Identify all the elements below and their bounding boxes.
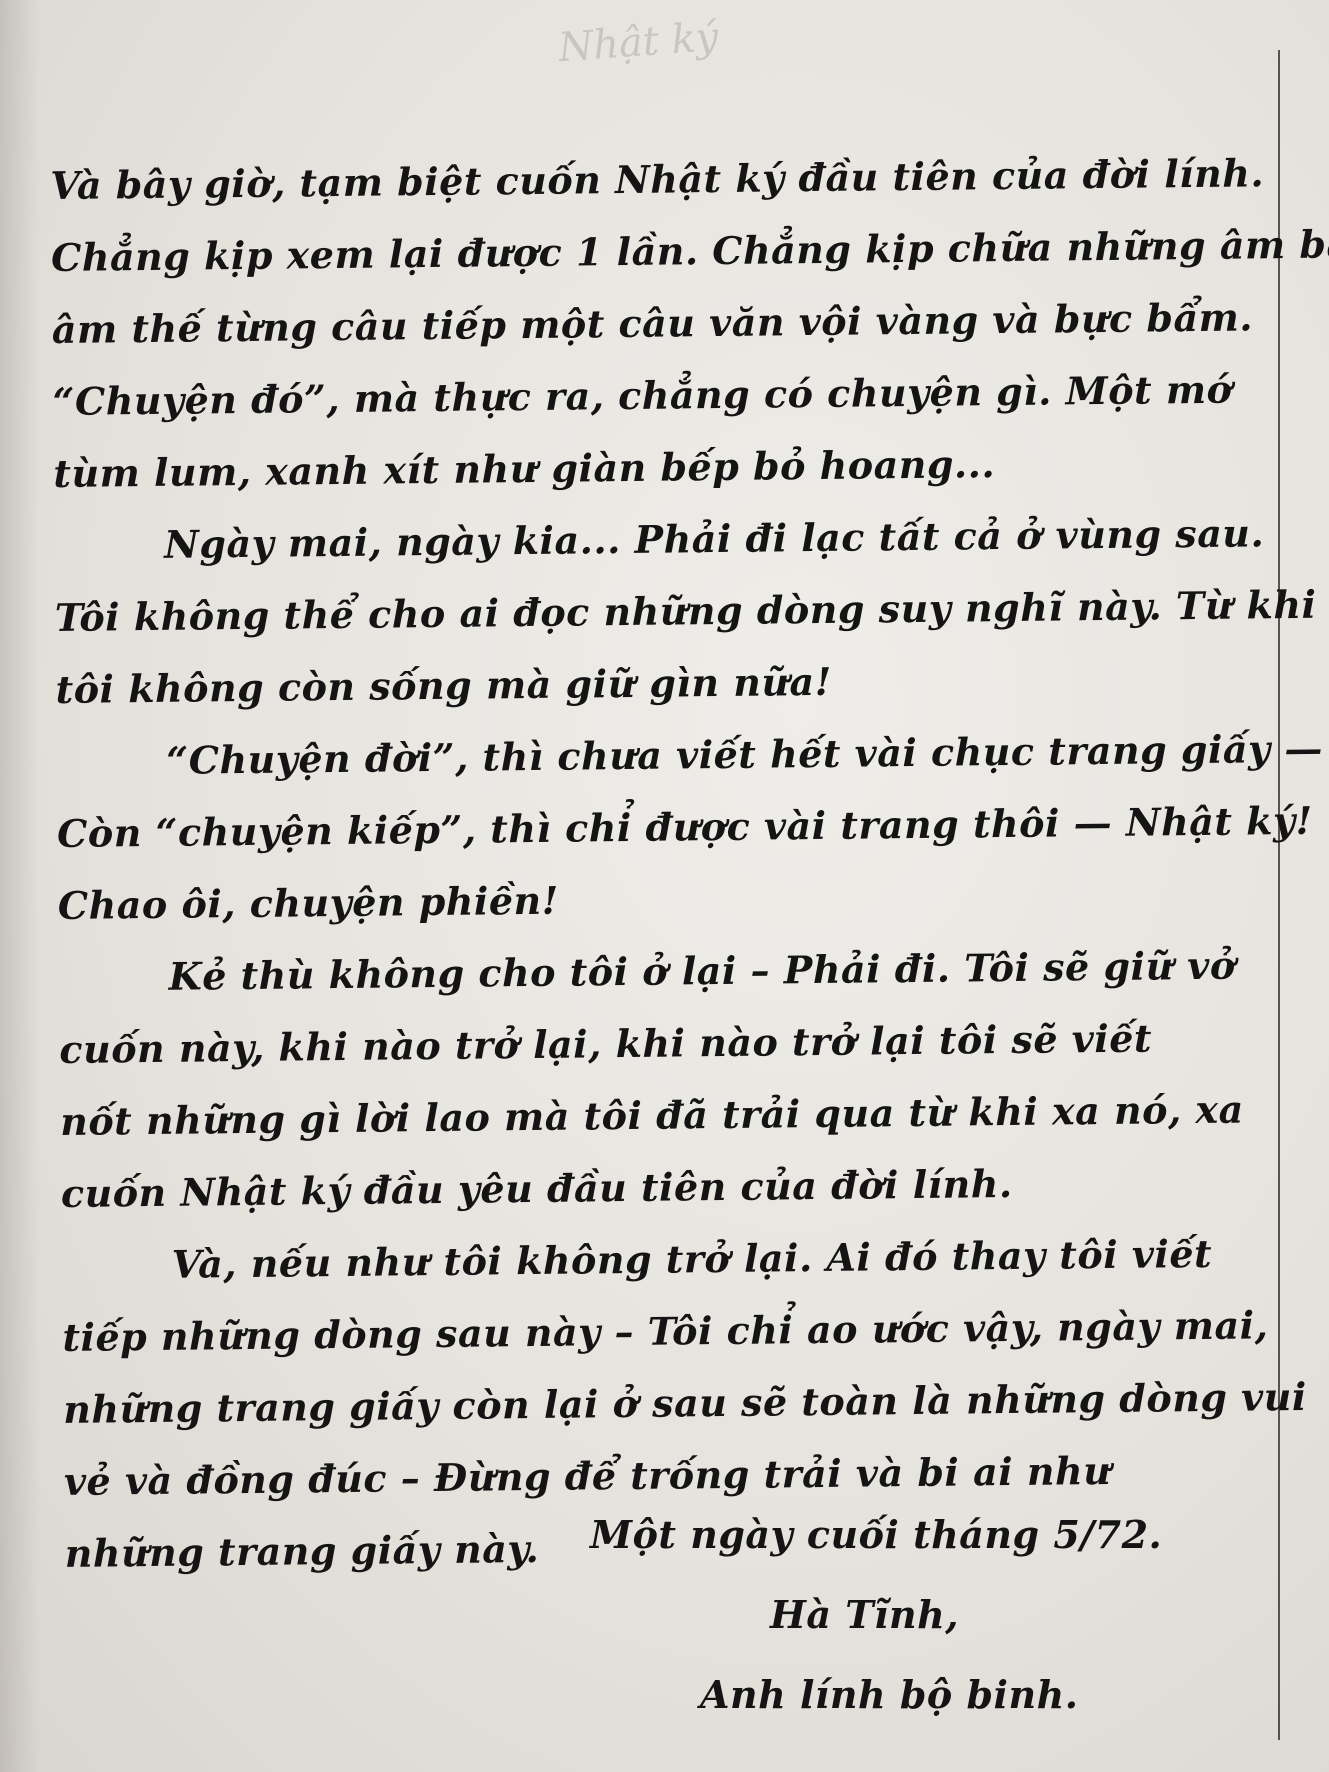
diary-line: Tôi không thể cho ai đọc những dòng suy …	[55, 569, 1276, 654]
diary-line: cuốn này, khi nào trở lại, khi nào trở l…	[59, 1001, 1280, 1086]
diary-line: tùm lum, xanh xít như giàn bếp bỏ hoang.…	[53, 425, 1274, 510]
closing-place: Hà Tĩnh,	[590, 1575, 1162, 1655]
diary-line: “Chuyện đó”, mà thực ra, chẳng có chuyện…	[52, 353, 1273, 438]
diary-closing-block: Một ngày cuối tháng 5/72. Hà Tĩnh, Anh l…	[590, 1495, 1162, 1735]
handwritten-diary-body: Và bây giờ, tạm biệt cuốn Nhật ký đầu ti…	[50, 137, 1285, 1590]
bleed-through-text: Nhật ký	[557, 0, 1284, 145]
diary-line: Chao ôi, chuyện phiền!	[58, 857, 1279, 942]
diary-line-paragraph-start: Ngày mai, ngày kia... Phải đi lạc tất cả…	[54, 497, 1275, 582]
diary-line: Chẳng kịp xem lại được 1 lần. Chẳng kịp …	[51, 209, 1272, 294]
diary-line: tôi không còn sống mà giữ gìn nữa!	[55, 641, 1276, 726]
closing-date: Một ngày cuối tháng 5/72.	[590, 1495, 1162, 1575]
page-gutter-shadow	[0, 0, 40, 1772]
diary-line: tiếp những dòng sau này – Tôi chỉ ao ước…	[62, 1289, 1283, 1374]
diary-line-paragraph-start: Kẻ thù không cho tôi ở lại – Phải đi. Tô…	[58, 929, 1279, 1014]
diary-line: nốt những gì lời lao mà tôi đã trải qua …	[60, 1073, 1281, 1158]
closing-signature: Anh lính bộ binh.	[590, 1655, 1162, 1735]
diary-line-paragraph-start: “Chuyện đời”, thì chưa viết hết vài chục…	[56, 713, 1277, 798]
diary-line: những trang giấy còn lại ở sau sẽ toàn l…	[63, 1361, 1284, 1446]
diary-line-paragraph-start: Và, nếu như tôi không trở lại. Ai đó tha…	[61, 1217, 1282, 1302]
diary-line: Còn “chuyện kiếp”, thì chỉ được vài tran…	[57, 785, 1278, 870]
diary-line: âm thế từng câu tiếp một câu văn vội vàn…	[52, 281, 1273, 366]
diary-line: cuốn Nhật ký đầu yêu đầu tiên của đời lí…	[61, 1145, 1282, 1230]
book-page: Nhật ký Và bây giờ, tạm biệt cuốn Nhật k…	[0, 0, 1329, 1772]
diary-line: Và bây giờ, tạm biệt cuốn Nhật ký đầu ti…	[50, 137, 1271, 222]
